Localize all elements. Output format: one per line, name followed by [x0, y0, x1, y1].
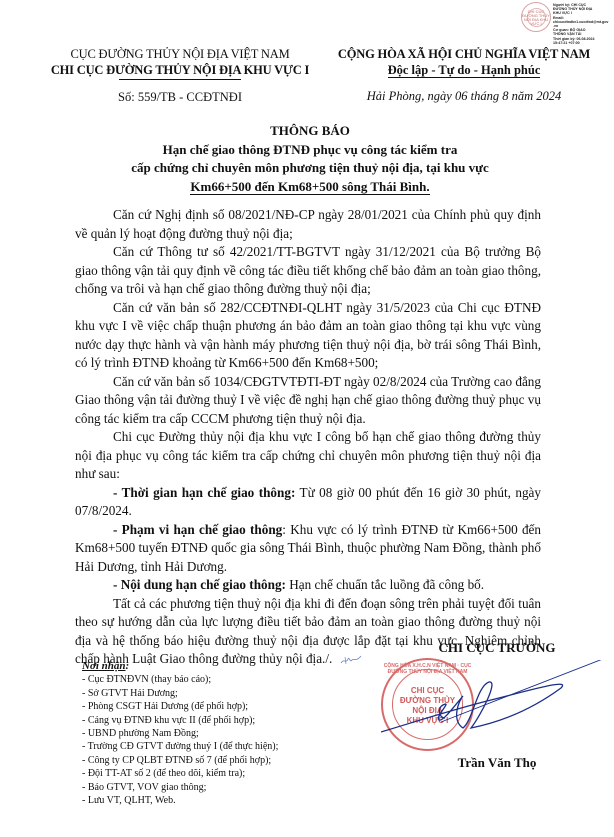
legal-basis-3: Căn cứ văn bản số 282/CCĐTNĐI-QLHT ngày … [75, 299, 541, 373]
issuing-agency: CHI CỤC ĐƯỜNG THỦY NỘI ĐỊA KHU VỰC I [50, 62, 310, 78]
recipient-item: - Lưu VT, QLHT, Web. [82, 794, 362, 807]
parent-agency: CỤC ĐƯỜNG THỦY NỘI ĐỊA VIỆT NAM [50, 46, 310, 62]
notice-subject-line-1: Hạn chế giao thông ĐTNĐ phục vụ công tác… [60, 141, 560, 160]
notice-body: Căn cứ Nghị định số 08/2021/NĐ-CP ngày 2… [75, 206, 541, 669]
legal-basis-2: Căn cứ Thông tư số 42/2021/TT-BGTVT ngày… [75, 243, 541, 299]
signer-name: Trần Văn Thọ [380, 755, 614, 771]
digital-stamp-text: CHI CỤC ĐƯỜNG THỦY NỘI ĐỊA KHU VỰC I [522, 10, 550, 26]
restriction-time-label: - Thời gian hạn chế giao thông: [113, 485, 295, 500]
recipients-heading: Nơi nhận: [82, 660, 362, 673]
recipient-item: - Đội TT-AT số 2 (để theo dõi, kiểm tra)… [82, 767, 362, 780]
closing-instruction: Tất cả các phương tiện thuỷ nội địa khi … [75, 595, 541, 669]
notice-subject-line-3: Km66+500 đến Km68+500 sông Thái Bình. [190, 179, 429, 195]
signature-info-line: 15:47:21 +07:00 [553, 41, 613, 45]
restriction-scope-label: - Phạm vi hạn chế giao thông [113, 522, 282, 537]
restriction-scope: - Phạm vi hạn chế giao thông: Khu vực có… [75, 521, 541, 577]
restriction-content: - Nội dung hạn chế giao thông: Hạn chế c… [75, 576, 541, 595]
legal-basis-4: Căn cứ văn bản số 1034/CĐGTVTĐTI-ĐT ngày… [75, 373, 541, 429]
agency-underline [119, 79, 241, 80]
signature-info-line: chicucdtndkv1.cucdtnd@mt.gov [553, 20, 613, 24]
restriction-content-label: - Nội dung hạn chế giao thông: [113, 577, 286, 592]
recipient-item: - Cảng vụ ĐTNĐ khu vực II (để phối hợp); [82, 714, 362, 727]
recipient-item: - Báo GTVT, VOV giao thông; [82, 781, 362, 794]
legal-basis-1: Căn cứ Nghị định số 08/2021/NĐ-CP ngày 2… [75, 206, 541, 243]
recipient-item: - Cục ĐTNĐVN (thay báo cáo); [82, 673, 362, 686]
notice-title-block: THÔNG BÁO Hạn chế giao thông ĐTNĐ phục v… [60, 122, 560, 196]
restriction-content-value: Hạn chế chuẩn tắc luồng đã công bố. [286, 577, 484, 592]
recipient-item: - Sở GTVT Hải Dương; [82, 687, 362, 700]
handwritten-signature-icon [381, 660, 614, 770]
notice-subject-line-2: cấp chứng chỉ chuyên môn phương tiện thu… [60, 159, 560, 178]
document-number: Số: 559/TB - CCĐTNĐI [50, 89, 310, 105]
announcement: Chi cục Đường thủy nội địa khu vực I côn… [75, 428, 541, 484]
national-motto: Độc lập - Tự do - Hạnh phúc [388, 63, 541, 78]
national-header-block: CỘNG HÒA XÃ HỘI CHỦ NGHĨA VIỆT NAM Độc l… [318, 46, 610, 104]
recipient-item: - Phòng CSGT Hải Dương (để phối hợp); [82, 700, 362, 713]
nation-name: CỘNG HÒA XÃ HỘI CHỦ NGHĨA VIỆT NAM [318, 46, 610, 62]
recipient-item: - Công ty CP QLBT ĐTNĐ số 7 (để phối hợp… [82, 754, 362, 767]
issuing-agency-block: CỤC ĐƯỜNG THỦY NỘI ĐỊA VIỆT NAM CHI CỤC … [50, 46, 310, 105]
recipients-block: Nơi nhận: - Cục ĐTNĐVN (thay báo cáo);- … [82, 660, 362, 807]
digital-signature-stamp-icon: CHI CỤC ĐƯỜNG THỦY NỘI ĐỊA KHU VỰC I [521, 2, 551, 32]
recipient-item: - Trường CĐ GTVT đường thuỷ I (để thực h… [82, 740, 362, 753]
recipients-list: - Cục ĐTNĐVN (thay báo cáo);- Sở GTVT Hả… [82, 673, 362, 807]
place-date: Hải Phòng, ngày 06 tháng 8 năm 2024 [318, 88, 610, 104]
digital-signature-info: Người ký: CHI CỤCĐƯỜNG THỦY NỘI ĐỊAKHU V… [553, 3, 613, 45]
recipient-item: - UBND phường Nam Đồng; [82, 727, 362, 740]
restriction-time: - Thời gian hạn chế giao thông: Từ 08 gi… [75, 484, 541, 521]
signer-position: CHI CỤC TRƯỞNG [380, 640, 614, 656]
notice-heading: THÔNG BÁO [60, 122, 560, 141]
